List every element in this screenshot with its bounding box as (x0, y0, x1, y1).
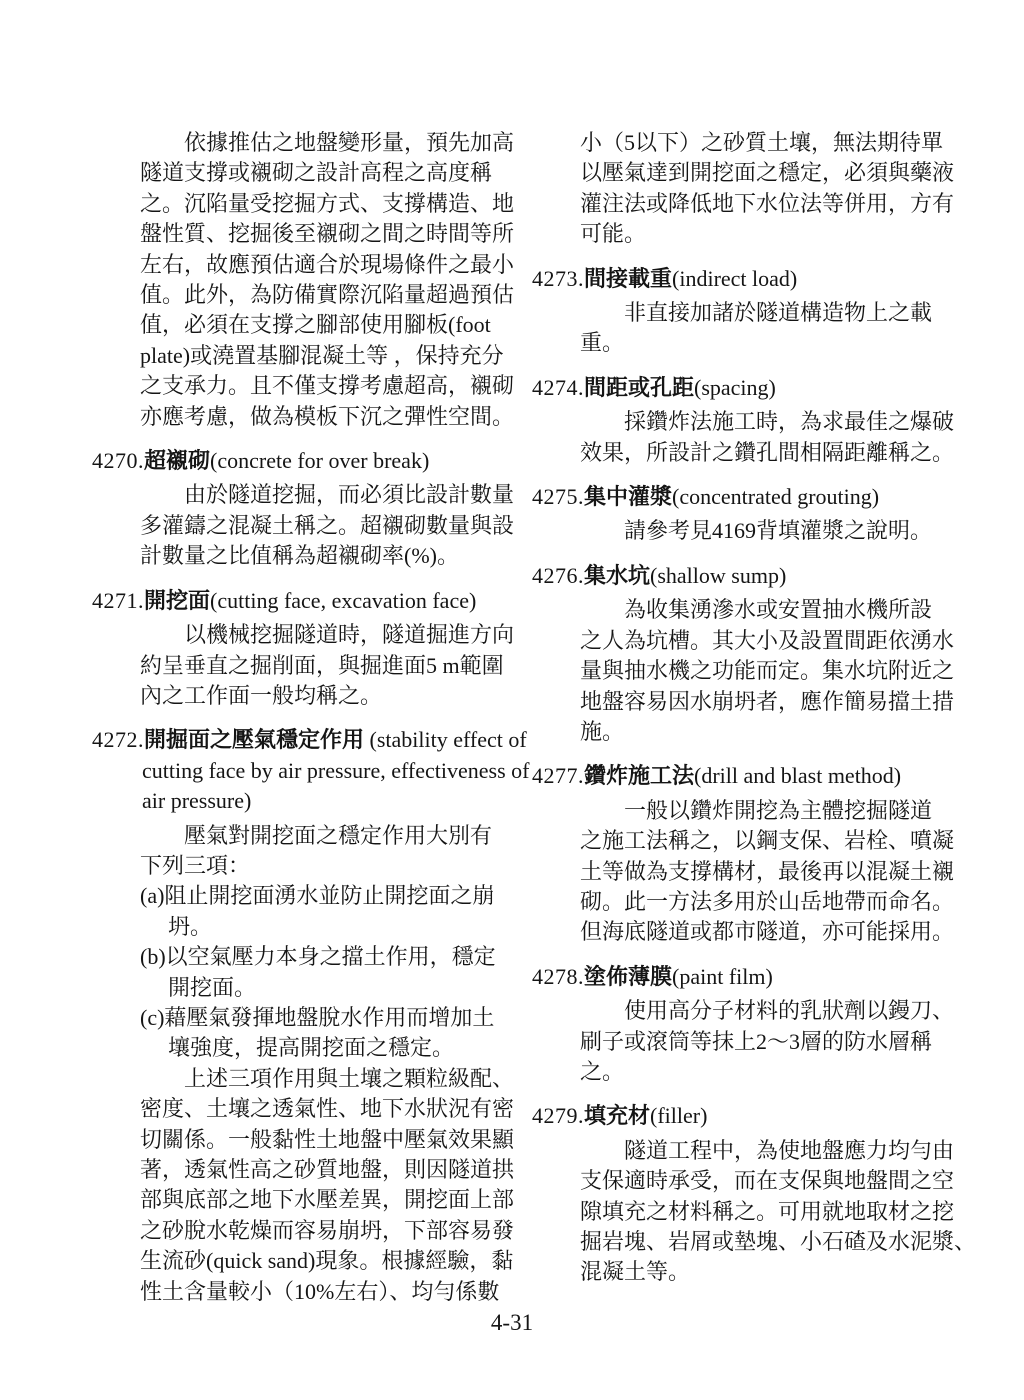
entry-number: 4275. (532, 484, 584, 509)
text-line: 壤強度，提高開挖面之穩定。 (140, 1033, 530, 1063)
paragraph: 為收集湧滲水或安置抽水機所設之人為坑槽。其大小及設置間距依湧水量與抽水機之功能而… (580, 595, 970, 747)
entry-term-english: (stability effect of (364, 727, 527, 752)
text-line: 著，透氣性高之砂質地盤，則因隧道拱 (140, 1155, 530, 1185)
text-line: 量與抽水機之功能而定。集水坑附近之 (580, 656, 970, 686)
entry-number: 4273. (532, 266, 584, 291)
paragraph: 依據推估之地盤變形量，預先加高隧道支撐或襯砌之設計高程之高度稱之。沉陷量受挖掘方… (140, 128, 530, 432)
left-column: 依據推估之地盤變形量，預先加高隧道支撐或襯砌之設計高程之高度稱之。沉陷量受挖掘方… (92, 128, 530, 1307)
text-line: 隙填充之材料稱之。可用就地取材之挖 (580, 1197, 970, 1227)
entry-heading: 4274.間距或孔距(spacing) (532, 373, 970, 403)
entry-heading: 4271.開挖面(cutting face, excavation face) (92, 586, 530, 616)
text-line: 切關係。一般黏性土地盤中壓氣效果顯 (140, 1125, 530, 1155)
text-line: 計數量之比值稱為超襯砌率(%)。 (140, 541, 530, 571)
text-line: 地盤容易因水崩坍者，應作簡易擋土措 (580, 687, 970, 717)
text-line: 使用高分子材料的乳狀劑以鏝刀、 (580, 996, 970, 1026)
text-line: 刷子或滾筒等抹上2～3層的防水層稱 (580, 1027, 970, 1057)
entry-heading-line: 4278.塗佈薄膜(paint film) (532, 962, 970, 992)
paragraph: 非直接加諸於隧道構造物上之載重。 (580, 298, 970, 359)
entry-heading-line: 4271.開挖面(cutting face, excavation face) (92, 586, 530, 616)
entry-heading: 4273.間接載重(indirect load) (532, 264, 970, 294)
entry-heading-line: 4270.超襯砌(concrete for over break) (92, 446, 530, 476)
entry-heading-line: 4275.集中灌漿(concentrated grouting) (532, 482, 970, 512)
text-line: 效果，所設計之鑽孔間相隔距離稱之。 (580, 438, 970, 468)
list-item: (a)阻止開挖面湧水並防止開挖面之崩坍。 (140, 881, 530, 942)
text-line: 隧道支撐或襯砌之設計高程之高度稱 (140, 158, 530, 188)
entry-number: 4279. (532, 1103, 584, 1128)
entry-number: 4270. (92, 448, 144, 473)
text-line: 開挖面。 (140, 973, 530, 1003)
text-line: (c)藉壓氣發揮地盤脫水作用而增加土 (140, 1003, 530, 1033)
entry-term: 超襯砌 (144, 448, 210, 473)
entry-term: 開掘面之壓氣穩定作用 (144, 727, 364, 752)
text-line: 生流砂(quick sand)現象。根據經驗，黏 (140, 1246, 530, 1276)
entry-heading: 4275.集中灌漿(concentrated grouting) (532, 482, 970, 512)
entry-term: 集水坑 (584, 563, 650, 588)
paragraph: 上述三項作用與土壤之顆粒級配、密度、土壤之透氣性、地下水狀況有密切關係。一般黏性… (140, 1064, 530, 1307)
text-line: 部與底部之地下水壓差異，開挖面上部 (140, 1185, 530, 1215)
entry-heading-line: 4273.間接載重(indirect load) (532, 264, 970, 294)
text-line: 之施工法稱之，以鋼支保、岩栓、噴凝 (580, 826, 970, 856)
entry-heading-continuation: air pressure) (92, 786, 530, 816)
text-line: 上述三項作用與土壤之顆粒級配、 (140, 1064, 530, 1094)
page-number: 4-31 (0, 1308, 1024, 1338)
entry-term: 塗佈薄膜 (584, 964, 672, 989)
text-line: 值，必須在支撐之腳部使用腳板(foot (140, 310, 530, 340)
entry-number: 4277. (532, 763, 584, 788)
text-line: 可能。 (580, 219, 970, 249)
text-line: (b)以空氣壓力本身之擋土作用，穩定 (140, 942, 530, 972)
text-line: 重。 (580, 328, 970, 358)
list-marker: (b) (140, 944, 166, 969)
text-line: 內之工作面一般均稱之。 (140, 681, 530, 711)
text-line: 但海底隧道或都市隧道，亦可能採用。 (580, 917, 970, 947)
text-line: 之人為坑槽。其大小及設置間距依湧水 (580, 626, 970, 656)
text-line: 之支承力。且不僅支撐考慮超高，襯砌 (140, 371, 530, 401)
text-line: 壓氣對開挖面之穩定作用大別有 (140, 821, 530, 851)
entry-term-english: (drill and blast method) (694, 763, 901, 788)
text-line: 砌。此一方法多用於山岳地帶而命名。 (580, 887, 970, 917)
list-marker: (a) (140, 883, 164, 908)
paragraph: 小（5以下）之砂質土壤，無法期待單以壓氣達到開挖面之穩定，必須與藥液灌注法或降低… (580, 128, 970, 250)
entry-heading-line: 4277.鑽炸施工法(drill and blast method) (532, 761, 970, 791)
entry-term-english: (shallow sump) (650, 563, 786, 588)
entry-term-english: (spacing) (694, 375, 776, 400)
text-line: 支保適時承受，而在支保與地盤間之空 (580, 1166, 970, 1196)
text-line: 一般以鑽炸開挖為主體挖掘隧道 (580, 796, 970, 826)
entry-heading-line: 4272.開掘面之壓氣穩定作用 (stability effect of (92, 725, 530, 755)
text-line: 左右，故應預估適合於現場條件之最小 (140, 250, 530, 280)
entry-heading-line: 4279.填充材(filler) (532, 1101, 970, 1131)
text-line: 性土含量較小（10%左右）、均勻係數 (140, 1277, 530, 1307)
text-line: 約呈垂直之掘削面，與掘進面5 m範圍 (140, 651, 530, 681)
list-item: (c)藉壓氣發揮地盤脫水作用而增加土壤強度，提高開挖面之穩定。 (140, 1003, 530, 1064)
entry-term: 集中灌漿 (584, 484, 672, 509)
text-line: 以機械挖掘隧道時，隧道掘進方向 (140, 620, 530, 650)
text-line: 小（5以下）之砂質土壤，無法期待單 (580, 128, 970, 158)
paragraph: 使用高分子材料的乳狀劑以鏝刀、刷子或滾筒等抹上2～3層的防水層稱之。 (580, 996, 970, 1087)
text-line: 非直接加諸於隧道構造物上之載 (580, 298, 970, 328)
text-line: 之。 (580, 1057, 970, 1087)
text-line: 灌注法或降低地下水位法等併用，方有 (580, 189, 970, 219)
paragraph: 一般以鑽炸開挖為主體挖掘隧道之施工法稱之，以鋼支保、岩栓、噴凝土等做為支撐構材，… (580, 796, 970, 948)
entry-heading: 4279.填充材(filler) (532, 1101, 970, 1131)
entry-term-english: (concentrated grouting) (672, 484, 879, 509)
text-line: 以壓氣達到開挖面之穩定，必須與藥液 (580, 158, 970, 188)
entry-number: 4272. (92, 727, 144, 752)
entry-heading: 4276.集水坑(shallow sump) (532, 561, 970, 591)
entry-heading-line: 4276.集水坑(shallow sump) (532, 561, 970, 591)
entry-term-english: (concrete for over break) (210, 448, 429, 473)
entry-heading: 4270.超襯砌(concrete for over break) (92, 446, 530, 476)
entry-term-english: (filler) (650, 1103, 707, 1128)
text-line: (a)阻止開挖面湧水並防止開挖面之崩 (140, 881, 530, 911)
entry-number: 4271. (92, 588, 144, 613)
entry-term: 填充材 (584, 1103, 650, 1128)
text-line: 為收集湧滲水或安置抽水機所設 (580, 595, 970, 625)
paragraph: 採鑽炸法施工時，為求最佳之爆破效果，所設計之鑽孔間相隔距離稱之。 (580, 407, 970, 468)
entry-heading-line: 4274.間距或孔距(spacing) (532, 373, 970, 403)
text-line: 隧道工程中，為使地盤應力均勻由 (580, 1136, 970, 1166)
text-line: 土等做為支撐構材，最後再以混凝土襯 (580, 857, 970, 887)
text-line: 掘岩塊、岩屑或墊塊、小石碴及水泥漿、 (580, 1227, 970, 1257)
text-line: 依據推估之地盤變形量，預先加高 (140, 128, 530, 158)
text-line: 盤性質、挖掘後至襯砌之間之時間等所 (140, 219, 530, 249)
text-line: 下列三項： (140, 851, 530, 881)
paragraph: 以機械挖掘隧道時，隧道掘進方向約呈垂直之掘削面，與掘進面5 m範圍內之工作面一般… (140, 620, 530, 711)
text-line: 由於隧道挖掘，而必須比設計數量 (140, 480, 530, 510)
paragraph: 由於隧道挖掘，而必須比設計數量多灌鑄之混凝土稱之。超襯砌數量與設計數量之比值稱為… (140, 480, 530, 571)
text-line: 之砂脫水乾燥而容易崩坍，下部容易發 (140, 1216, 530, 1246)
entry-term: 間距或孔距 (584, 375, 694, 400)
list-item: (b)以空氣壓力本身之擋土作用，穩定開挖面。 (140, 942, 530, 1003)
paragraph: 隧道工程中，為使地盤應力均勻由支保適時承受，而在支保與地盤間之空隙填充之材料稱之… (580, 1136, 970, 1288)
paragraph: 請參考見4169背填灌漿之說明。 (580, 516, 970, 546)
text-line: 亦應考慮，做為模板下沉之彈性空間。 (140, 402, 530, 432)
entry-term: 開挖面 (144, 588, 210, 613)
right-column: 小（5以下）之砂質土壤，無法期待單以壓氣達到開挖面之穩定，必須與藥液灌注法或降低… (532, 128, 970, 1288)
text-line: 之。沉陷量受挖掘方式、支撐構造、地 (140, 189, 530, 219)
entry-heading: 4272.開掘面之壓氣穩定作用 (stability effect ofcutt… (92, 725, 530, 816)
list-marker: (c) (140, 1005, 164, 1030)
text-line: 採鑽炸法施工時，為求最佳之爆破 (580, 407, 970, 437)
entry-heading: 4278.塗佈薄膜(paint film) (532, 962, 970, 992)
entry-term-english: (paint film) (672, 964, 773, 989)
text-line: 坍。 (140, 912, 530, 942)
entry-number: 4274. (532, 375, 584, 400)
text-line: 多灌鑄之混凝土稱之。超襯砌數量與設 (140, 511, 530, 541)
paragraph: 壓氣對開挖面之穩定作用大別有下列三項： (140, 821, 530, 882)
entry-number: 4278. (532, 964, 584, 989)
text-line: 混凝土等。 (580, 1257, 970, 1287)
text-line: 施。 (580, 717, 970, 747)
text-line: 值。此外，為防備實際沉陷量超過預估 (140, 280, 530, 310)
glossary-page: 依據推估之地盤變形量，預先加高隧道支撐或襯砌之設計高程之高度稱之。沉陷量受挖掘方… (0, 0, 1024, 1400)
entry-term-english: (indirect load) (672, 266, 797, 291)
text-line: 密度、土壤之透氣性、地下水狀況有密 (140, 1094, 530, 1124)
entry-number: 4276. (532, 563, 584, 588)
entry-term-english: (cutting face, excavation face) (210, 588, 476, 613)
text-line: plate)或澆置基腳混凝土等 ，保持充分 (140, 341, 530, 371)
entry-heading: 4277.鑽炸施工法(drill and blast method) (532, 761, 970, 791)
entry-term: 鑽炸施工法 (584, 763, 694, 788)
entry-heading-continuation: cutting face by air pressure, effectiven… (92, 756, 530, 786)
text-line: 請參考見4169背填灌漿之說明。 (580, 516, 970, 546)
entry-term: 間接載重 (584, 266, 672, 291)
